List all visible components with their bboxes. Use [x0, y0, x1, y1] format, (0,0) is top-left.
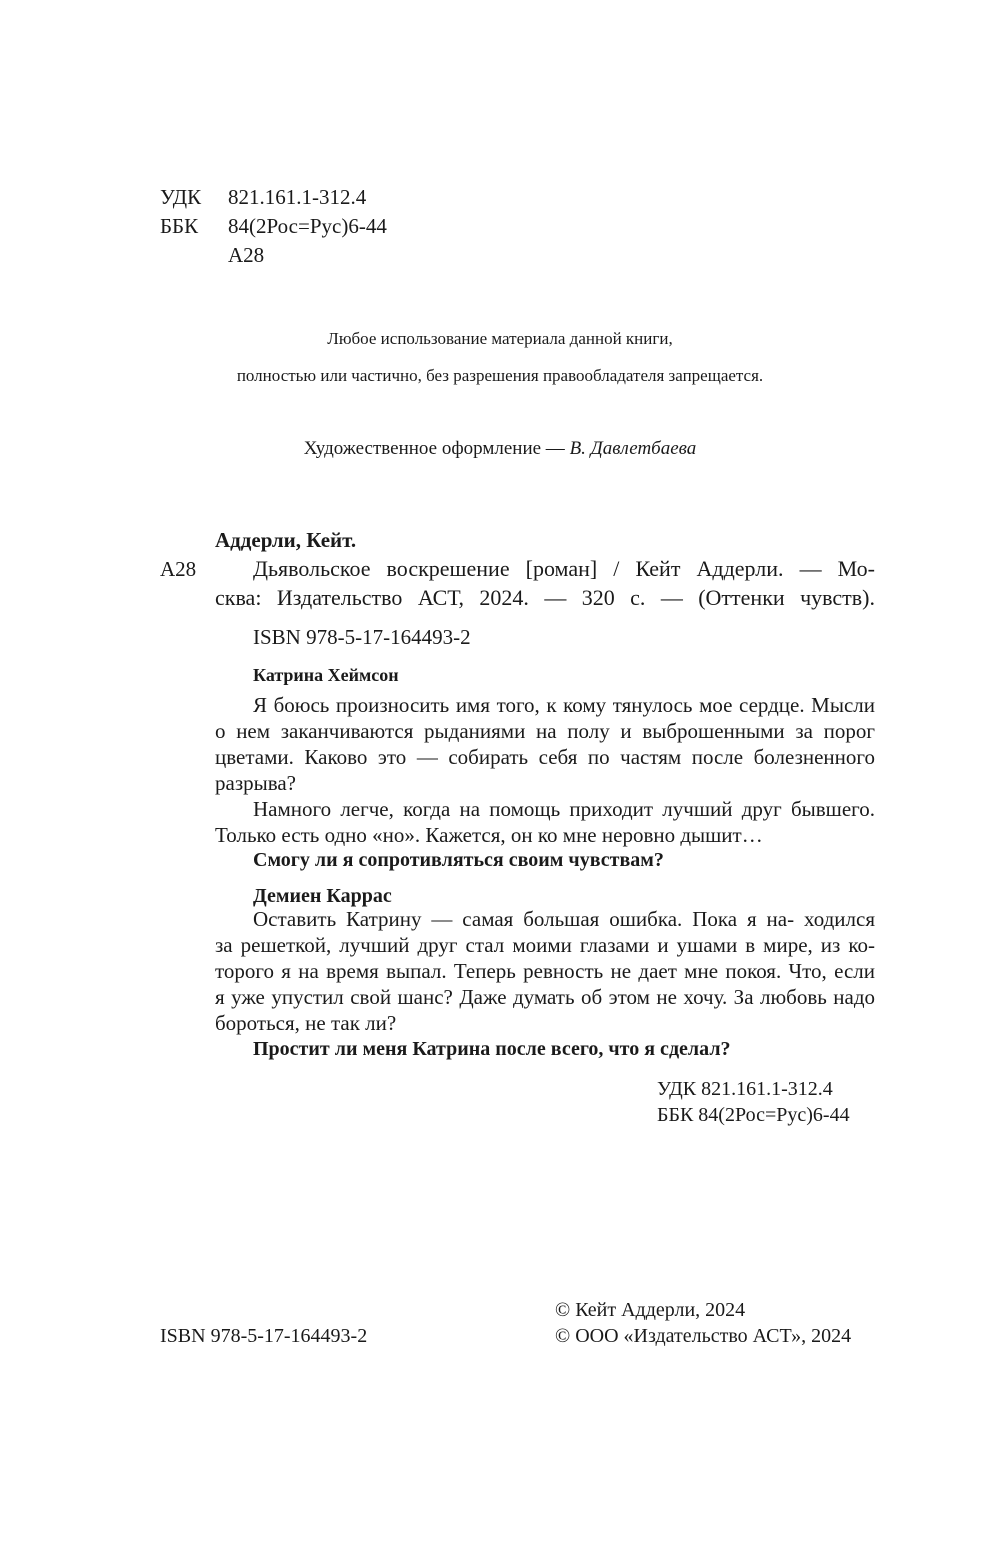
annotation-line: за решеткой, лучший друг стал моими глаз…: [215, 932, 875, 958]
annotation-line: Только есть одно «но». Кажется, он ко мн…: [215, 822, 763, 848]
annotation-question-demien: Простит ли меня Катрина после всего, что…: [253, 1036, 731, 1062]
bbk-label: ББК: [160, 213, 198, 239]
bbk-bottom: ББК 84(2Рос=Рус)6-44: [657, 1102, 850, 1128]
design-credit-name: В. Давлетбаева: [570, 438, 697, 459]
section-heading-katrina: Катрина Хеймсон: [253, 664, 399, 686]
annotation-line: цветами. Каково это — собирать себя по ч…: [215, 744, 875, 770]
annotation-line: бороться, не так ли?: [215, 1010, 396, 1036]
design-credit-label: Художественное оформление —: [304, 438, 570, 459]
author-heading: Аддерли, Кейт.: [215, 527, 356, 553]
copyright-author: © Кейт Аддерли, 2024: [555, 1297, 745, 1323]
author-mark: А28: [160, 556, 196, 582]
author-mark-top: А28: [228, 242, 264, 268]
annotation-line: Я боюсь произносить имя того, к кому тян…: [253, 692, 875, 718]
isbn-record: ISBN 978-5-17-164493-2: [253, 624, 471, 650]
annotation-line: Оставить Катрину — самая большая ошибка.…: [253, 906, 875, 932]
annotation-line: о нем заканчиваются рыданиями на полу и …: [215, 718, 875, 744]
annotation-line: торого я на время выпал. Теперь ревность…: [215, 958, 875, 984]
annotation-line: Намного легче, когда на помощь приходит …: [253, 796, 875, 822]
udk-value: 821.161.1-312.4: [228, 184, 366, 210]
annotation-line: разрыва?: [215, 770, 296, 796]
description-line-2: сква: Издательство АСТ, 2024. — 320 с. —…: [215, 585, 875, 611]
copyright-notice-line-1: Любое использование материала данной кни…: [0, 328, 1000, 350]
description-line-1: Дьявольское воскрешение [роман] / Кейт А…: [253, 556, 875, 582]
annotation-question-katrina: Смогу ли я сопротивляться своим чувствам…: [253, 847, 664, 873]
copyright-publisher: © ООО «Издательство АСТ», 2024: [555, 1323, 851, 1349]
copyright-notice-line-2: полностью или частично, без разрешения п…: [0, 365, 1000, 387]
udk-bottom: УДК 821.161.1-312.4: [657, 1076, 833, 1102]
annotation-line: я уже упустил свой шанс? Даже думать об …: [215, 984, 875, 1010]
isbn-footer: ISBN 978-5-17-164493-2: [160, 1323, 367, 1349]
bbk-value: 84(2Рос=Рус)6-44: [228, 213, 387, 239]
udk-label: УДК: [160, 184, 201, 210]
design-credit: Художественное оформление — В. Давлетбае…: [0, 436, 1000, 462]
